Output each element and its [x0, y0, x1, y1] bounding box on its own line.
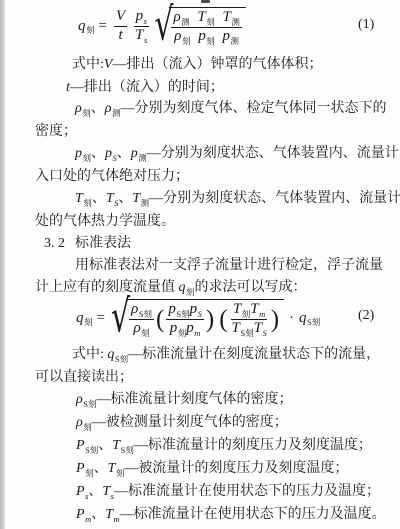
eq2-pS-sub: S	[198, 309, 202, 319]
eq2-frac-p: pS刻pS p刻pm	[166, 301, 203, 337]
sym-rho-ke2-sub: 刻	[83, 422, 92, 432]
sym-T-ke-sub: 刻	[83, 198, 92, 208]
eq2-TS-sub: S	[262, 328, 266, 338]
eq1-ps-base: p	[136, 8, 144, 24]
eq1-num-T1-sub: 刻	[206, 17, 215, 27]
equals-sign: =	[97, 310, 105, 327]
def-rho: —分别为刻度气体、检定气体同一状态下的	[121, 101, 387, 116]
eq1-num-T2: T	[223, 9, 231, 25]
sym-rho-ce: ρ	[105, 101, 112, 116]
sym-P-ke: P	[76, 461, 85, 476]
eq1-den-p1: p	[198, 28, 206, 44]
separator: 、	[98, 438, 112, 453]
para2-post: 的求法可以写成：	[195, 280, 307, 295]
sym-rho-ke: ρ	[75, 101, 82, 116]
def-V: —排出（流入）钟罩的气体体积；	[112, 57, 322, 72]
sym-T-S: T	[106, 191, 114, 206]
sym-TS-ke-sub: S刻	[121, 445, 134, 455]
eq2-T-ke-sub: 刻	[242, 309, 251, 319]
def-Ps-Ts: —标准流量计在使用状态下的压力及温度；	[114, 484, 380, 499]
eq2-TS: T	[254, 320, 262, 336]
eq2-qS-sub: S刻	[307, 317, 320, 327]
text-line: 式中:V—排出（流入）钟罩的气体体积；	[72, 55, 322, 74]
sym-rhoS-ke: ρ	[76, 392, 83, 407]
equation-2: q刻 = √ ρS刻 ρ刻 ( pS刻pS p刻pm ) ( T刻Tm TS刻T…	[76, 296, 320, 340]
text-line: 可以直接读出；	[35, 368, 133, 387]
def-T: —分别为刻度状态、气体装置内、流量计	[149, 191, 400, 206]
sym-Tm: T	[105, 507, 113, 522]
text-line: T刻、TS、T测—分别为刻度状态、气体装置内、流量计	[75, 189, 400, 208]
sym-Ts: T	[102, 484, 110, 499]
eq2-rho-base: ρ	[133, 320, 140, 336]
sym-q-ke: q	[179, 280, 186, 295]
shizhong-label: 式中:	[72, 347, 107, 362]
sym-qS-ke: q	[107, 347, 114, 362]
eq1-lhs-sub: 刻	[86, 25, 95, 35]
sym-rho-ce-sub: 测	[112, 108, 121, 118]
def-rho2: —被检测量计刻度气体的密度；	[92, 415, 288, 430]
def-P-T: —被流量计的刻度压力及刻度温度；	[124, 461, 348, 476]
def-p: —分别为刻度状态、气体装置内、流量计	[147, 146, 399, 161]
text-line: ρ刻—被检测量计刻度气体的密度；	[76, 413, 288, 432]
eq2-qS-base: q	[299, 310, 307, 326]
text-line: 处的气体热力学温度。	[35, 212, 175, 231]
eq2-frac-rho: ρS刻 ρ刻	[129, 301, 154, 337]
eq2-Tm: T	[250, 301, 258, 317]
eq2-frac-T: T刻Tm TS刻TS	[230, 301, 269, 337]
eq1-den-p2: p	[223, 28, 231, 44]
sym-p-ke: p	[75, 146, 82, 161]
eq2-pm: p	[186, 320, 194, 336]
sym-p-ke-sub: 刻	[83, 153, 92, 163]
radical-sign: √	[154, 4, 173, 49]
text-line: P刻、T刻—被流量计的刻度压力及刻度温度；	[76, 459, 348, 478]
eq2-TS-ke: T	[232, 320, 240, 336]
text-line: PS刻、TS刻—标准流量计的刻度压力及刻度温度；	[76, 436, 372, 455]
eq2-p-ke: p	[170, 320, 178, 336]
eq2-lhs: q刻	[76, 310, 93, 327]
section-heading: 3. 2标准表法	[44, 234, 131, 253]
open-paren: (	[219, 307, 227, 332]
document-page: q刻 = V t ps Ts √ ρ测 T刻 T测 ρ刻 p刻	[0, 0, 400, 529]
sym-q-ke-sub: 刻	[186, 287, 195, 297]
def-rhoS: —标准流量计刻度气体的密度；	[96, 392, 292, 407]
eq2-rhoS-base: ρ	[131, 301, 138, 317]
separator: 、	[94, 461, 108, 476]
eq1-Ts-sub: s	[144, 35, 147, 45]
text-line: t—排出（流入）的时间；	[66, 78, 224, 97]
eq1-num-T1: T	[197, 9, 205, 25]
eq2-pS-ke-sub: S刻	[176, 309, 189, 319]
crop-artifact	[201, 0, 210, 3]
sym-PS-ke: P	[76, 438, 85, 453]
sym-T-ce-sub: 测	[141, 198, 150, 208]
text-line: 计上应有的刻度流量值 q刻的求法可以写成：	[35, 278, 307, 297]
eq2-pS-ke: p	[168, 301, 176, 317]
eq1-Ts-base: T	[135, 27, 143, 43]
eq2-rho-sub: 刻	[141, 328, 150, 338]
radical-sign: √	[111, 296, 130, 341]
separator: 、	[117, 146, 131, 161]
sym-rhoS-ke-sub: S刻	[83, 399, 96, 409]
close-paren: )	[206, 307, 214, 332]
eq1-num-T2-sub: 测	[231, 17, 240, 27]
sym-p-S: p	[105, 146, 112, 161]
separator: 、	[91, 507, 105, 522]
section-title: 标准表法	[75, 236, 131, 251]
eq1-lhs: q刻	[78, 18, 95, 35]
def-qS: —标准流量计在刻度流量状态下的流量，	[128, 347, 380, 362]
shizhong-label: 式中:	[72, 57, 104, 72]
text-line: ρS刻—标准流量计刻度气体的密度；	[76, 390, 292, 409]
sym-TS-ke: T	[112, 438, 120, 453]
eq2-qS: qS刻	[299, 310, 320, 327]
eq1-den-p2-sub: 测	[231, 36, 240, 46]
def-t: —排出（流入）的时间；	[70, 80, 224, 95]
sym-Pm: P	[76, 507, 85, 522]
separator: 、	[118, 191, 132, 206]
eq2-Tm-sub: m	[259, 309, 265, 319]
text-line: p刻、pS、p测—分别为刻度状态、气体装置内、流量计	[75, 144, 399, 163]
sym-qS-ke-sub: S刻	[115, 354, 128, 364]
text-line: 用标准表法对一支浮子流量计进行检定，浮子流量	[75, 256, 383, 275]
sym-rho-ke2: ρ	[76, 415, 83, 430]
def-Pm-Tm: —标准流量计在使用状态下的压力及温度。	[120, 507, 386, 522]
para2-pre: 计上应有的刻度流量值	[35, 280, 179, 295]
close-paren: )	[271, 307, 279, 332]
eq1-sqrt: √ ρ测 T刻 T测 ρ刻 p刻 p测	[154, 7, 246, 45]
equation-2-number: (2)	[358, 308, 374, 324]
eq1-radicand-frac: ρ测 T刻 T测 ρ刻 p刻 p测	[171, 9, 241, 45]
eq2-rhoS-sub: S刻	[139, 309, 152, 319]
eq1-frac-ps-Ts: ps Ts	[133, 8, 149, 44]
scan-edge-strip	[0, 0, 5, 529]
eq1-ps-sub: s	[144, 16, 147, 26]
sym-T-ke2: T	[108, 461, 116, 476]
sym-T-ke: T	[75, 191, 83, 206]
def-PS-TS: —标准流量计的刻度压力及刻度温度；	[134, 438, 372, 453]
equation-1: q刻 = V t ps Ts √ ρ测 T刻 T测 ρ刻 p刻	[78, 4, 246, 48]
text-line: 密度；	[35, 122, 77, 141]
eq2-pS: p	[190, 301, 198, 317]
eq2-sqrt: √ ρS刻 ρ刻 ( pS刻pS p刻pm ) ( T刻Tm TS刻TS )	[111, 299, 284, 337]
eq2-TS-ke-sub: S刻	[240, 328, 253, 338]
eq1-den-p1-sub: 刻	[206, 36, 215, 46]
eq1-V: V	[116, 8, 125, 24]
text-line: ρ刻、ρ测—分别为刻度气体、检定气体同一状态下的	[75, 99, 387, 118]
sym-p-ce-sub: 测	[138, 153, 147, 163]
eq1-den-rho-sub: 刻	[182, 36, 191, 46]
multiplication-dot: ·	[289, 310, 294, 327]
open-paren: (	[156, 307, 164, 332]
equation-1-number: (1)	[358, 17, 374, 33]
eq2-pm-sub: m	[194, 328, 200, 338]
eq1-frac-vt: V t	[114, 8, 127, 44]
eq1-t: t	[118, 27, 122, 43]
sym-Ps: P	[76, 484, 85, 499]
eq1-lhs-base: q	[78, 18, 86, 34]
sym-T-ce: T	[132, 191, 140, 206]
text-line: Pm、Tm—标准流量计在使用状态下的压力及温度。	[76, 505, 386, 524]
separator: 、	[91, 101, 105, 116]
separator: 、	[88, 484, 102, 499]
eq2-lhs-sub: 刻	[84, 317, 93, 327]
eq2-T-ke: T	[233, 301, 241, 317]
sym-rho-ke-sub: 刻	[82, 108, 91, 118]
section-number: 3. 2	[44, 236, 65, 251]
eq2-lhs-base: q	[76, 310, 84, 326]
separator: 、	[91, 146, 105, 161]
separator: 、	[92, 191, 106, 206]
equals-sign: =	[99, 18, 107, 35]
sym-PS-ke-sub: S刻	[85, 445, 98, 455]
eq1-num-rho-sub: 测	[181, 17, 190, 27]
eq1-den-rho: ρ	[174, 28, 181, 44]
eq1-num-rho: ρ	[173, 9, 180, 25]
sym-P-ke-sub: 刻	[85, 468, 94, 478]
text-line: Ps、Ts—标准流量计在使用状态下的压力及温度；	[76, 482, 380, 501]
text-line: 入口处的气体绝对压力；	[35, 167, 189, 186]
text-line: 式中: qS刻—标准流量计在刻度流量状态下的流量，	[72, 345, 380, 364]
sym-p-ce: p	[131, 146, 138, 161]
